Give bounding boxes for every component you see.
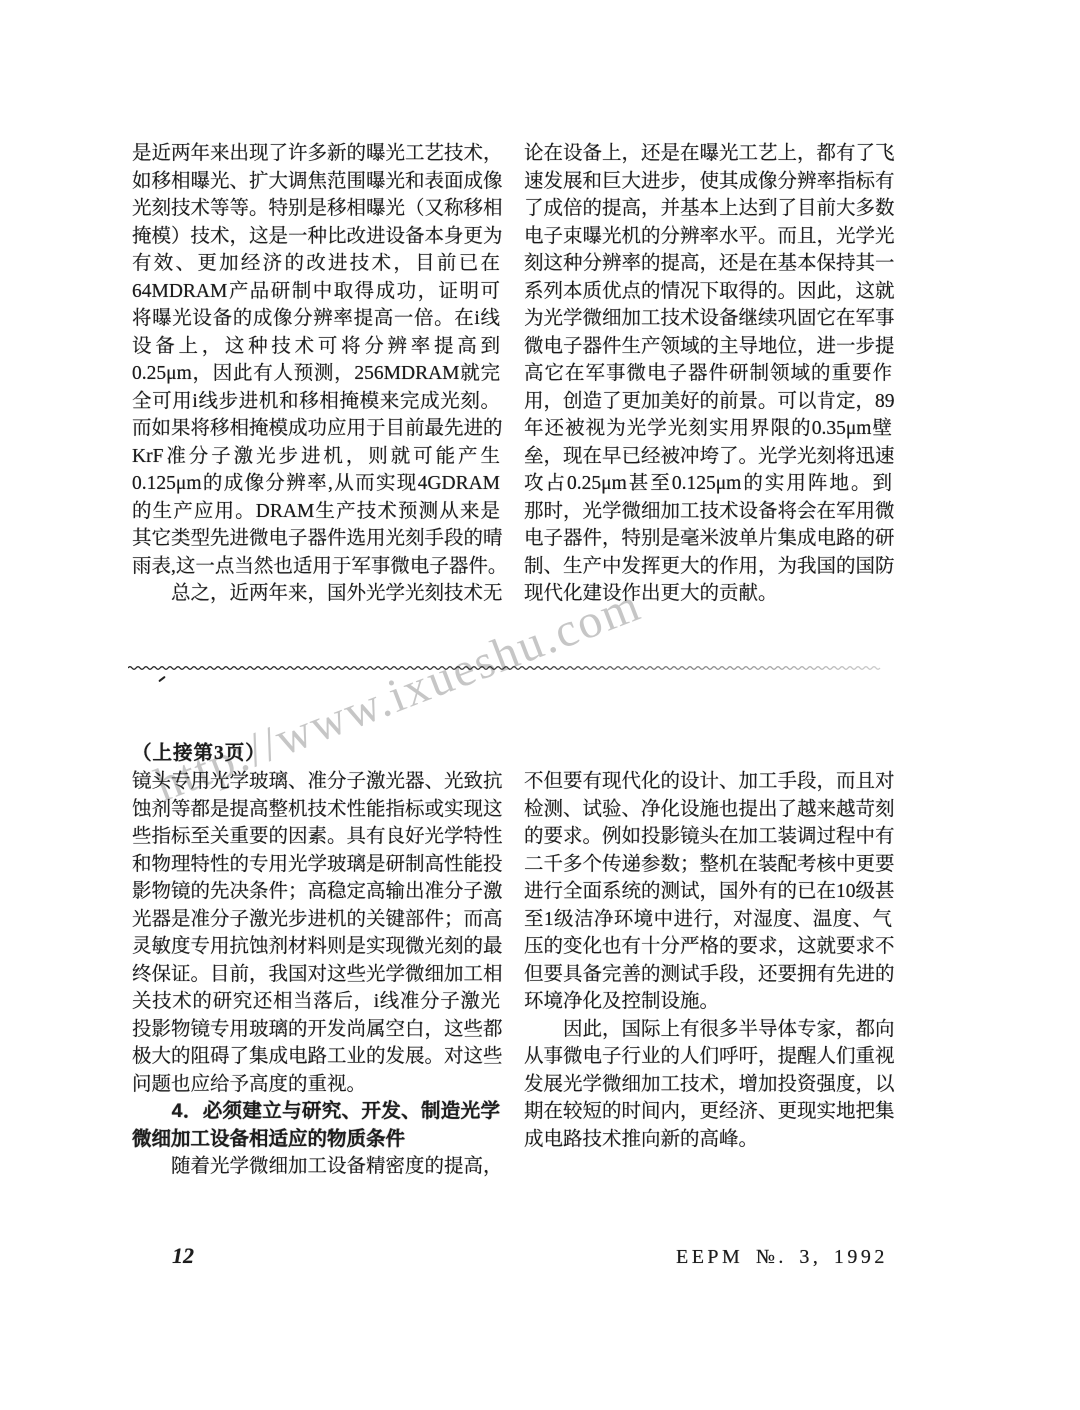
text-line: 4．必须建立与研究、开发、制造光学 bbox=[132, 1098, 500, 1126]
text-line: 环境净化及控制设施。 bbox=[524, 988, 892, 1016]
text-line: 光器是准分子激光步进机的关键部件；而高 bbox=[132, 906, 500, 934]
text-line: 影物镜的先决条件；高稳定高输出准分子激 bbox=[132, 878, 500, 906]
text-line: 因此，国际上有很多半导体专家，都向 bbox=[524, 1016, 892, 1044]
page-number: 12 bbox=[172, 1243, 194, 1269]
text-line: 灵敏度专用抗蚀剂材料则是实现微光刻的最 bbox=[132, 933, 500, 961]
text-line: 垒，现在早已经被冲垮了。光学光刻将迅速 bbox=[524, 443, 892, 471]
text-line: 投影物镜专用玻璃的开发尚属空白，这些都 bbox=[132, 1016, 500, 1044]
text-line: 系列本质优点的情况下取得的。因此，这就 bbox=[524, 278, 892, 306]
text-line: 关技术的研究还相当落后，i线准分子激光 bbox=[132, 988, 500, 1016]
bottom-article-left-column: 镜头专用光学玻璃、准分子激光器、光致抗蚀剂等都是提高整机技术性能指标或实现这些指… bbox=[132, 768, 500, 1181]
text-line: 成电路技术推向新的高峰。 bbox=[524, 1126, 892, 1154]
text-line: 进行全面系统的测试，国外有的已在10级甚 bbox=[524, 878, 892, 906]
text-line: 而如果将移相掩模成功应用于目前最先进的 bbox=[132, 415, 500, 443]
text-line: 全可用i线步进机和移相掩模来完成光刻。 bbox=[132, 388, 500, 416]
text-line: 速发展和巨大进步，使其成像分辨率指标有 bbox=[524, 168, 892, 196]
text-line: 镜头专用光学玻璃、准分子激光器、光致抗 bbox=[132, 768, 500, 796]
text-line: 为光学微细加工技术设备继续巩固它在军事 bbox=[524, 305, 892, 333]
text-line: 微细加工设备相适应的物质条件 bbox=[132, 1126, 500, 1154]
text-line: 至1级洁净环境中进行，对湿度、温度、气 bbox=[524, 906, 892, 934]
text-line: 雨表,这一点当然也适用于军事微电子器件。 bbox=[132, 553, 500, 581]
text-line: 蚀剂等都是提高整机技术性能指标或实现这 bbox=[132, 796, 500, 824]
text-line: 现代化建设作出更大的贡献。 bbox=[524, 580, 892, 608]
scanned-journal-page: http://www.ixueshu.com 是近两年来出现了许多新的曝光工艺技… bbox=[0, 0, 1080, 1410]
text-line: 的生产应用。DRAM生产技术预测从来是 bbox=[132, 498, 500, 526]
text-line: 终保证。目前，我国对这些光学微细加工相 bbox=[132, 961, 500, 989]
text-line: 设备上，这种技术可将分辨率提高到 bbox=[132, 333, 500, 361]
text-line: KrF准分子激光步进机，则就可能产生 bbox=[132, 443, 500, 471]
top-article-right-column: 论在设备上，还是在曝光工艺上，都有了飞速发展和巨大进步，使其成像分辨率指标有了成… bbox=[524, 140, 892, 608]
text-line: 从事微电子行业的人们呼吁，提醒人们重视 bbox=[524, 1043, 892, 1071]
text-line: 问题也应给予高度的重视。 bbox=[132, 1071, 500, 1099]
text-line: 随着光学微细加工设备精密度的提高， bbox=[132, 1153, 500, 1181]
text-line: 二千多个传递参数；整机在装配考核中更要 bbox=[524, 851, 892, 879]
text-line: 其它类型先进微电子器件选用光刻手段的晴 bbox=[132, 525, 500, 553]
continuation-note: （上接第3页） bbox=[132, 740, 266, 768]
text-line: 的要求。例如投影镜头在加工装调过程中有 bbox=[524, 823, 892, 851]
text-line: 64MDRAM产品研制中取得成功，证明可 bbox=[132, 278, 500, 306]
text-line: 有效、更加经济的改进技术，目前已在 bbox=[132, 250, 500, 278]
text-line: 攻占0.25μm甚至0.125μm的实用阵地。到 bbox=[524, 470, 892, 498]
text-line: 那时，光学微细加工技术设备将会在军用微 bbox=[524, 498, 892, 526]
text-line: 0.125μm的成像分辨率,从而实现4GDRAM bbox=[132, 470, 500, 498]
text-line: 论在设备上，还是在曝光工艺上，都有了飞 bbox=[524, 140, 892, 168]
text-line: 不但要有现代化的设计、加工手段，而且对 bbox=[524, 768, 892, 796]
text-line: 但要具备完善的测试手段，还要拥有先进的 bbox=[524, 961, 892, 989]
text-line: 检测、试验、净化设施也提出了越来越苛刻 bbox=[524, 796, 892, 824]
text-line: 刻这种分辨率的提高，还是在基本保持其一 bbox=[524, 250, 892, 278]
text-line: 和物理特性的专用光学玻璃是研制高性能投 bbox=[132, 851, 500, 879]
bottom-article-right-column: 不但要有现代化的设计、加工手段，而且对检测、试验、净化设施也提出了越来越苛刻的要… bbox=[524, 768, 892, 1153]
text-line: 压的变化也有十分严格的要求，这就要求不 bbox=[524, 933, 892, 961]
text-line: 高它在军事微电子器件研制领域的重要作 bbox=[524, 360, 892, 388]
scan-speck bbox=[158, 676, 166, 683]
text-line: 年还被视为光学光刻实用界限的0.35μm壁 bbox=[524, 415, 892, 443]
text-line: 光刻技术等等。特别是移相曝光（又称移相 bbox=[132, 195, 500, 223]
text-line: 0.25μm，因此有人预测，256MDRAM就完 bbox=[132, 360, 500, 388]
text-line: 总之，近两年来，国外光学光刻技术无 bbox=[132, 580, 500, 608]
text-line: 将曝光设备的成像分辨率提高一倍。在i线 bbox=[132, 305, 500, 333]
text-line: 是近两年来出现了许多新的曝光工艺技术， bbox=[132, 140, 500, 168]
text-line: 些指标至关重要的因素。具有良好光学特性 bbox=[132, 823, 500, 851]
wavy-section-divider bbox=[128, 663, 884, 673]
text-line: 极大的阻碍了集成电路工业的发展。对这些 bbox=[132, 1043, 500, 1071]
text-line: 电子束曝光机的分辨率水平。而且，光学光 bbox=[524, 223, 892, 251]
journal-reference: EEPM №. 3, 1992 bbox=[676, 1246, 888, 1269]
text-line: 期在较短的时间内，更经济、更现实地把集 bbox=[524, 1098, 892, 1126]
text-line: 用，创造了更加美好的前景。可以肯定，89 bbox=[524, 388, 892, 416]
text-line: 掩模）技术，这是一种比改进设备本身更为 bbox=[132, 223, 500, 251]
text-line: 如移相曝光、扩大调焦范围曝光和表面成像 bbox=[132, 168, 500, 196]
text-line: 电子器件，特别是毫米波单片集成电路的研 bbox=[524, 525, 892, 553]
top-article-left-column: 是近两年来出现了许多新的曝光工艺技术，如移相曝光、扩大调焦范围曝光和表面成像光刻… bbox=[132, 140, 500, 608]
text-line: 制、生产中发挥更大的作用，为我国的国防 bbox=[524, 553, 892, 581]
text-line: 了成倍的提高，并基本上达到了目前大多数 bbox=[524, 195, 892, 223]
text-line: 发展光学微细加工技术，增加投资强度，以 bbox=[524, 1071, 892, 1099]
text-line: 微电子器件生产领域的主导地位，进一步提 bbox=[524, 333, 892, 361]
